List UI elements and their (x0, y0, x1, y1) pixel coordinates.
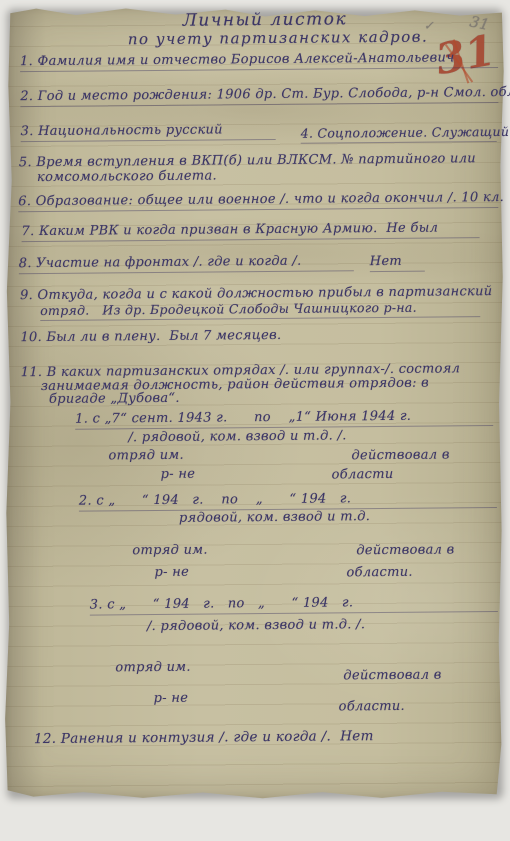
field-birth-year-place: 2. Год и место рождения: 1906 др. Ст. Бу… (20, 86, 498, 107)
entry3-operated-label: действовал в (343, 669, 441, 684)
entry1-region-label: области (332, 468, 394, 483)
field-wounds-concussion: 12. Ранения и контузия /. где и когда /.… (34, 729, 374, 747)
field-front-participation-answer: Нет (370, 255, 425, 273)
field-nationality: 3. Национальность русский (21, 123, 276, 143)
field-front-participation: 8. Участие на фронтах /. где и когда /. (19, 254, 354, 274)
field-party-entry-line2: комсомольского билета. (37, 169, 217, 185)
entry2-role: рядовой, ком. взвод и т.д. (179, 510, 370, 526)
field-captivity: 10. Был ли в плену. Был 7 месяцев. (20, 329, 281, 346)
entry3-unit-label: отряд им. (115, 661, 191, 676)
scanned-document-page: Личный листок по учету партизанских кадр… (0, 0, 510, 841)
field-party-entry-line1: 5. Время вступления в ВКП(б) или ВЛКСМ. … (19, 152, 476, 170)
field-social-position: 4. Соцположение. Служащий (301, 125, 497, 143)
field-conscription: 7. Каким РВК и когда призван в Красную А… (21, 221, 479, 242)
entry3-role: /. рядовой, ком. взвод и т.д. /. (147, 618, 365, 634)
entry2-period: 2. с „ “ 194 г. по „ “ 194 г. (79, 491, 497, 512)
entry2-operated-label: действовал в (356, 543, 454, 558)
entry3-district-label: р- не (154, 692, 189, 707)
field-education: 6. Образование: общее или военное /. что… (18, 191, 498, 212)
entry1-unit-label: отряд им. (108, 449, 184, 464)
form-title-line2: по учету партизанских кадров. (128, 29, 429, 48)
handwritten-form-content: Личный листок по учету партизанских кадр… (0, 0, 510, 841)
entry2-district-label: р- не (154, 566, 189, 581)
field-arrival-line2: отряд. Из др. Бродецкой Слободы Чашницко… (40, 300, 480, 321)
entry1-period: 1. с „7“ сент. 1943 г. по „1“ Июня 1944 … (75, 409, 493, 430)
entry1-district-label: р- не (161, 468, 196, 483)
entry1-operated-label: действовал в (351, 448, 449, 463)
field-partisan-units-line3: бригаде „Дубова“. (49, 392, 180, 407)
entry2-region-label: области. (346, 566, 412, 581)
entry3-region-label: области. (339, 700, 405, 715)
pencil-check-mark: ✓ (424, 20, 434, 33)
entry1-role: /. рядовой, ком. взвод и т.д. /. (128, 429, 346, 445)
entry2-unit-label: отряд им. (132, 544, 208, 559)
entry3-period: 3. с „ “ 194 г. по „ “ 194 г. (90, 595, 498, 616)
form-title-line1: Личный листок (183, 10, 348, 30)
field-surname-name: 1. Фамилия имя и отчество Борисов Алексе… (20, 51, 498, 72)
